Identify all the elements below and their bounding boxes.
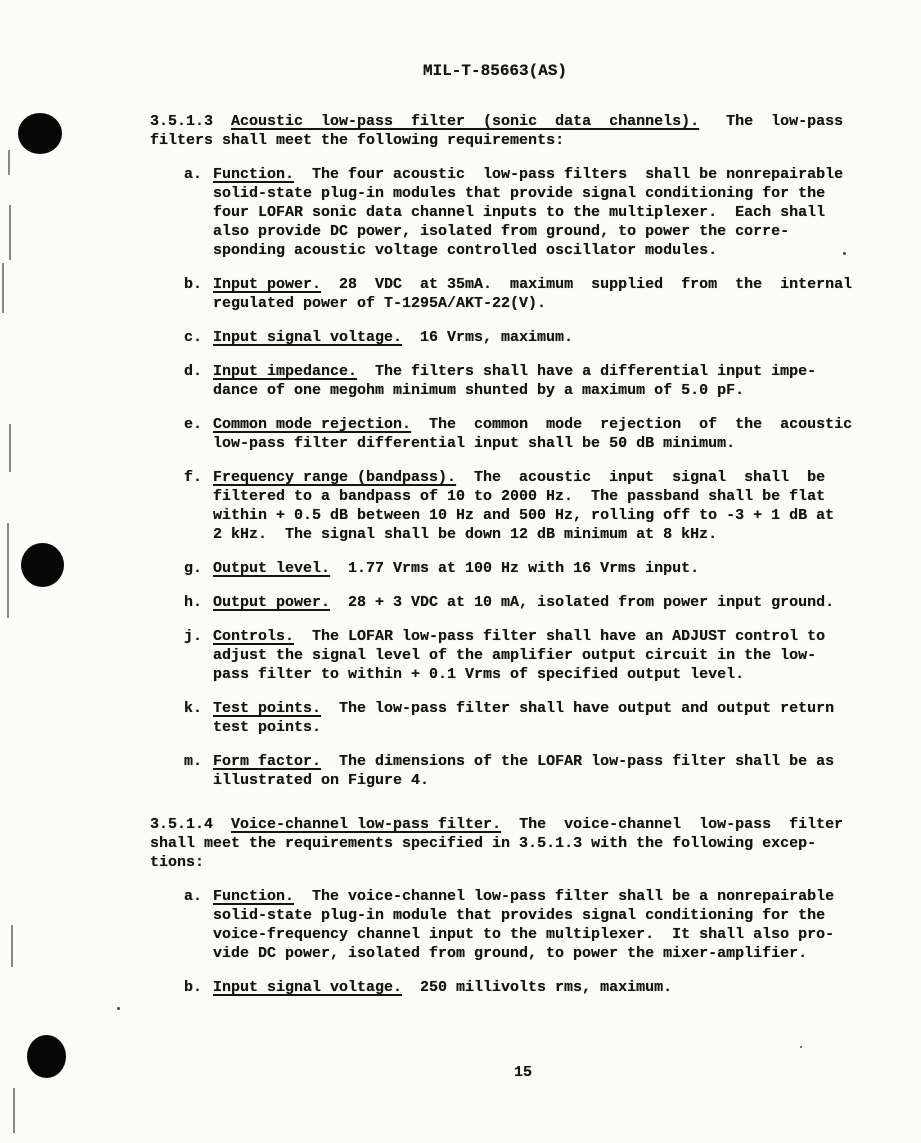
- requirement-item: m.Form factor. The dimensions of the LOF…: [184, 752, 862, 790]
- item-term: Input signal voltage.: [213, 329, 402, 346]
- item-letter: k.: [184, 699, 213, 737]
- section: 3.5.1.3Acoustic low-pass filter (sonic d…: [150, 112, 862, 790]
- section-title: Voice-channel low-pass filter.: [231, 816, 501, 833]
- section-number: 3.5.1.3: [150, 113, 213, 130]
- item-term: Input power.: [213, 276, 321, 293]
- item-text: 28 + 3 VDC at 10 mA, isolated from power…: [330, 594, 834, 611]
- section: 3.5.1.4Voice-channel low-pass filter. Th…: [150, 815, 862, 997]
- item-body: Output level. 1.77 Vrms at 100 Hz with 1…: [213, 559, 862, 578]
- item-body: Controls. The LOFAR low-pass filter shal…: [213, 627, 862, 684]
- requirement-item: h.Output power. 28 + 3 VDC at 10 mA, iso…: [184, 593, 862, 612]
- item-letter: f.: [184, 468, 213, 544]
- item-text: 16 Vrms, maximum.: [402, 329, 573, 346]
- item-body: Input signal voltage. 16 Vrms, maximum.: [213, 328, 862, 347]
- document-number: MIL-T-85663(AS): [423, 62, 567, 80]
- requirement-item: a.Function. The voice-channel low-pass f…: [184, 887, 862, 963]
- scan-artifact-line: [13, 1088, 15, 1133]
- item-letter: c.: [184, 328, 213, 347]
- punch-hole-top: [18, 113, 62, 154]
- item-term: Output power.: [213, 594, 330, 611]
- item-letter: d.: [184, 362, 213, 400]
- item-term: Frequency range (bandpass).: [213, 469, 456, 486]
- item-body: Function. The voice-channel low-pass fil…: [213, 887, 862, 963]
- item-letter: h.: [184, 593, 213, 612]
- scanned-document-page: MIL-T-85663(AS) 3.5.1.3Acoustic low-pass…: [0, 0, 921, 1143]
- section-heading: 3.5.1.4Voice-channel low-pass filter. Th…: [150, 815, 862, 872]
- scan-artifact-line: [9, 424, 11, 472]
- section-heading: 3.5.1.3Acoustic low-pass filter (sonic d…: [150, 112, 862, 150]
- item-body: Output power. 28 + 3 VDC at 10 mA, isola…: [213, 593, 862, 612]
- item-term: Test points.: [213, 700, 321, 717]
- scan-artifact-speck: [117, 1007, 120, 1010]
- item-letter: b.: [184, 275, 213, 313]
- section-items: a.Function. The four acoustic low-pass f…: [150, 165, 862, 790]
- requirement-item: a.Function. The four acoustic low-pass f…: [184, 165, 862, 260]
- item-text: The voice-channel low-pass filter shall …: [213, 888, 834, 962]
- item-letter: e.: [184, 415, 213, 453]
- item-term: Function.: [213, 888, 294, 905]
- item-letter: g.: [184, 559, 213, 578]
- requirement-item: e.Common mode rejection. The common mode…: [184, 415, 862, 453]
- scan-artifact-speck: [800, 1046, 802, 1048]
- item-body: Form factor. The dimensions of the LOFAR…: [213, 752, 862, 790]
- item-text: 250 millivolts rms, maximum.: [402, 979, 672, 996]
- item-term: Controls.: [213, 628, 294, 645]
- requirement-item: j.Controls. The LOFAR low-pass filter sh…: [184, 627, 862, 684]
- page-number: 15: [514, 1063, 532, 1082]
- item-letter: m.: [184, 752, 213, 790]
- item-term: Form factor.: [213, 753, 321, 770]
- page-content: 3.5.1.3Acoustic low-pass filter (sonic d…: [150, 112, 862, 997]
- item-body: Input signal voltage. 250 millivolts rms…: [213, 978, 862, 997]
- requirement-item: g.Output level. 1.77 Vrms at 100 Hz with…: [184, 559, 862, 578]
- section-title: Acoustic low-pass filter (sonic data cha…: [231, 113, 699, 130]
- item-term: Common mode rejection.: [213, 416, 411, 433]
- section-items: a.Function. The voice-channel low-pass f…: [150, 887, 862, 997]
- item-text: The four acoustic low-pass filters shall…: [213, 166, 843, 259]
- item-term: Input signal voltage.: [213, 979, 402, 996]
- item-letter: b.: [184, 978, 213, 997]
- requirement-item: f.Frequency range (bandpass). The acoust…: [184, 468, 862, 544]
- item-term: Input impedance.: [213, 363, 357, 380]
- punch-hole-bottom: [27, 1035, 66, 1078]
- scan-artifact-line: [11, 925, 13, 967]
- item-body: Common mode rejection. The common mode r…: [213, 415, 862, 453]
- item-body: Input impedance. The filters shall have …: [213, 362, 862, 400]
- item-body: Input power. 28 VDC at 35mA. maximum sup…: [213, 275, 862, 313]
- item-body: Frequency range (bandpass). The acoustic…: [213, 468, 862, 544]
- requirement-item: b.Input signal voltage. 250 millivolts r…: [184, 978, 862, 997]
- section-number: 3.5.1.4: [150, 816, 213, 833]
- requirement-item: d.Input impedance. The filters shall hav…: [184, 362, 862, 400]
- item-letter: a.: [184, 165, 213, 260]
- item-term: Function.: [213, 166, 294, 183]
- item-text: 1.77 Vrms at 100 Hz with 16 Vrms input.: [330, 560, 699, 577]
- scan-artifact-line: [2, 263, 4, 313]
- scan-artifact-line: [7, 523, 9, 618]
- requirement-item: k.Test points. The low-pass filter shall…: [184, 699, 862, 737]
- item-body: Test points. The low-pass filter shall h…: [213, 699, 862, 737]
- requirement-item: b.Input power. 28 VDC at 35mA. maximum s…: [184, 275, 862, 313]
- item-letter: a.: [184, 887, 213, 963]
- punch-hole-middle: [21, 543, 64, 587]
- scan-artifact-line: [9, 205, 11, 260]
- scan-artifact-line: [8, 150, 10, 175]
- requirement-item: c.Input signal voltage. 16 Vrms, maximum…: [184, 328, 862, 347]
- item-body: Function. The four acoustic low-pass fil…: [213, 165, 862, 260]
- item-term: Output level.: [213, 560, 330, 577]
- item-text: The LOFAR low-pass filter shall have an …: [213, 628, 825, 683]
- item-letter: j.: [184, 627, 213, 684]
